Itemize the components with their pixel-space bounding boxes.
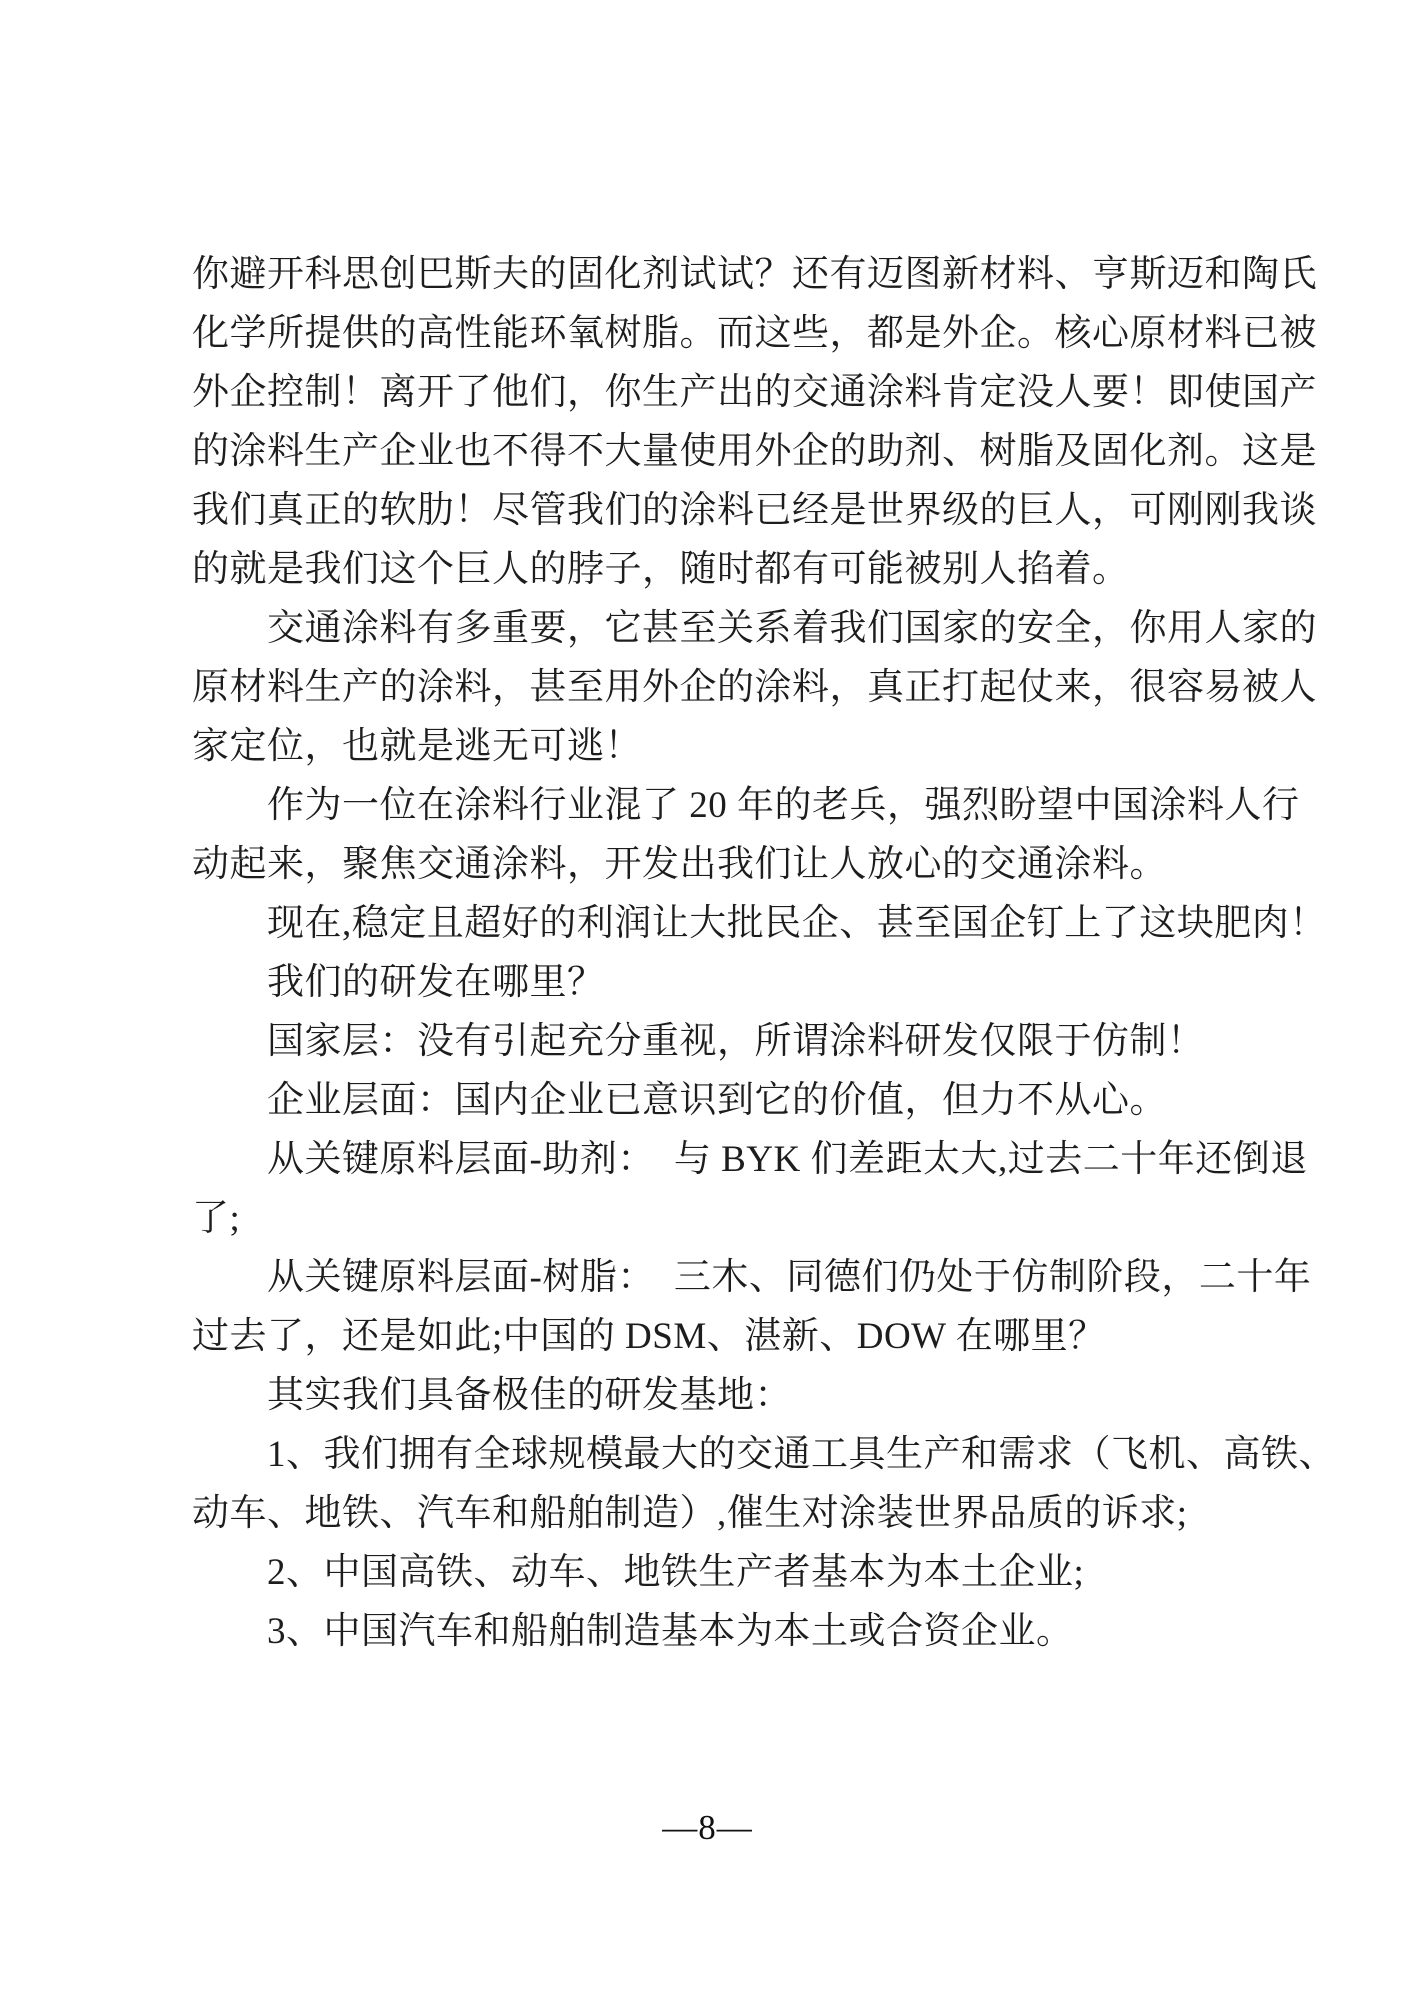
text-line: 化学所提供的高性能环氧树脂。而这些，都是外企。核心原材料已被: [192, 304, 1322, 363]
text-line: 我们的研发在哪里？: [192, 953, 1322, 1012]
text-line: 1、我们拥有全球规模最大的交通工具生产和需求（飞机、高铁、: [192, 1425, 1322, 1484]
text-line: 原材料生产的涂料，甚至用外企的涂料，真正打起仗来，很容易被人: [192, 658, 1322, 717]
text-line: 动车、地铁、汽车和船舶制造）,催生对涂装世界品质的诉求;: [192, 1484, 1322, 1543]
text-line: 的就是我们这个巨人的脖子，随时都有可能被别人掐着。: [192, 540, 1322, 599]
text-line: 作为一位在涂料行业混了 20 年的老兵，强烈盼望中国涂料人行: [192, 776, 1322, 835]
text-line: 2、中国高铁、动车、地铁生产者基本为本土企业;: [192, 1543, 1322, 1602]
text-line: 现在,稳定且超好的利润让大批民企、甚至国企钉上了这块肥肉！: [192, 894, 1322, 953]
text-line: 从关键原料层面-助剂： 与 BYK 们差距太大,过去二十年还倒退: [192, 1130, 1322, 1189]
body-text: 你避开科思创巴斯夫的固化剂试试？还有迈图新材料、亨斯迈和陶氏化学所提供的高性能环…: [192, 245, 1322, 1661]
text-line: 我们真正的软肋！尽管我们的涂料已经是世界级的巨人，可刚刚我谈: [192, 481, 1322, 540]
page-footer: —8—: [0, 1808, 1415, 1848]
text-line: 国家层：没有引起充分重视，所谓涂料研发仅限于仿制！: [192, 1012, 1322, 1071]
text-line: 3、中国汽车和船舶制造基本为本土或合资企业。: [192, 1602, 1322, 1661]
document-page: 你避开科思创巴斯夫的固化剂试试？还有迈图新材料、亨斯迈和陶氏化学所提供的高性能环…: [0, 0, 1415, 2000]
text-line: 过去了，还是如此;中国的 DSM、湛新、DOW 在哪里？: [192, 1307, 1322, 1366]
text-line: 动起来，聚焦交通涂料，开发出我们让人放心的交通涂料。: [192, 835, 1322, 894]
text-line: 外企控制！离开了他们，你生产出的交通涂料肯定没人要！即使国产: [192, 363, 1322, 422]
text-line: 交通涂料有多重要，它甚至关系着我们国家的安全，你用人家的: [192, 599, 1322, 658]
text-line: 你避开科思创巴斯夫的固化剂试试？还有迈图新材料、亨斯迈和陶氏: [192, 245, 1322, 304]
text-line: 了;: [192, 1189, 1322, 1248]
text-line: 的涂料生产企业也不得不大量使用外企的助剂、树脂及固化剂。这是: [192, 422, 1322, 481]
text-line: 从关键原料层面-树脂： 三木、同德们仍处于仿制阶段，二十年: [192, 1248, 1322, 1307]
page-number: —8—: [662, 1808, 753, 1847]
text-line: 其实我们具备极佳的研发基地：: [192, 1366, 1322, 1425]
text-line: 家定位，也就是逃无可逃！: [192, 717, 1322, 776]
text-line: 企业层面：国内企业已意识到它的价值，但力不从心。: [192, 1071, 1322, 1130]
